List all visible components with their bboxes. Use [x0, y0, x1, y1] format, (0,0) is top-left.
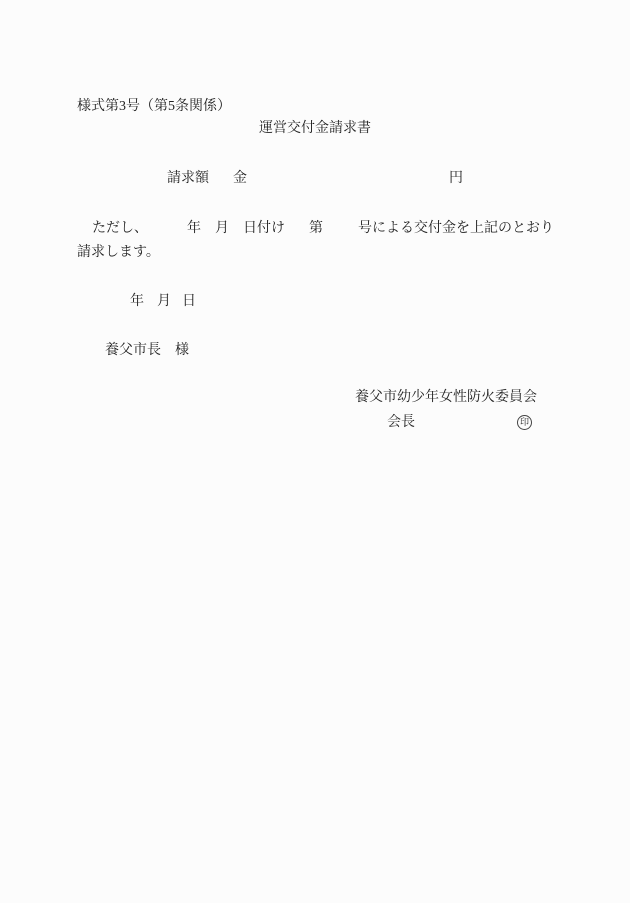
seal-mark-icon: 印 [517, 415, 532, 430]
signature-organization: 養父市幼少年女性防火委員会 [355, 390, 537, 405]
amount-currency-unit: 円 [449, 171, 463, 186]
proviso-month-label: 月 [215, 221, 229, 236]
proviso-year-label: 年 [187, 221, 201, 236]
proviso-day-label: 日付け [243, 221, 285, 236]
proviso-line2: 請求します。 [77, 245, 160, 260]
form-number: 様式第3号（第5条関係） [77, 99, 231, 114]
proviso-tail: 号による交付金を上記のとおり [358, 221, 554, 236]
document-title: 運営交付金請求書 [0, 121, 630, 136]
date-month-label: 月 [157, 294, 171, 309]
proviso-lead: ただし、 [92, 221, 148, 236]
date-year-label: 年 [130, 294, 144, 309]
addressee: 養父市長 様 [105, 343, 189, 358]
document-page: 様式第3号（第5条関係） 運営交付金請求書 請求額 金 円 ただし、 年 月 日… [0, 0, 630, 903]
amount-label: 請求額 [167, 171, 209, 186]
amount-currency-prefix: 金 [233, 171, 247, 186]
proviso-number-prefix: 第 [309, 221, 323, 236]
signature-role: 会長 [387, 415, 415, 430]
date-day-label: 日 [182, 294, 196, 309]
